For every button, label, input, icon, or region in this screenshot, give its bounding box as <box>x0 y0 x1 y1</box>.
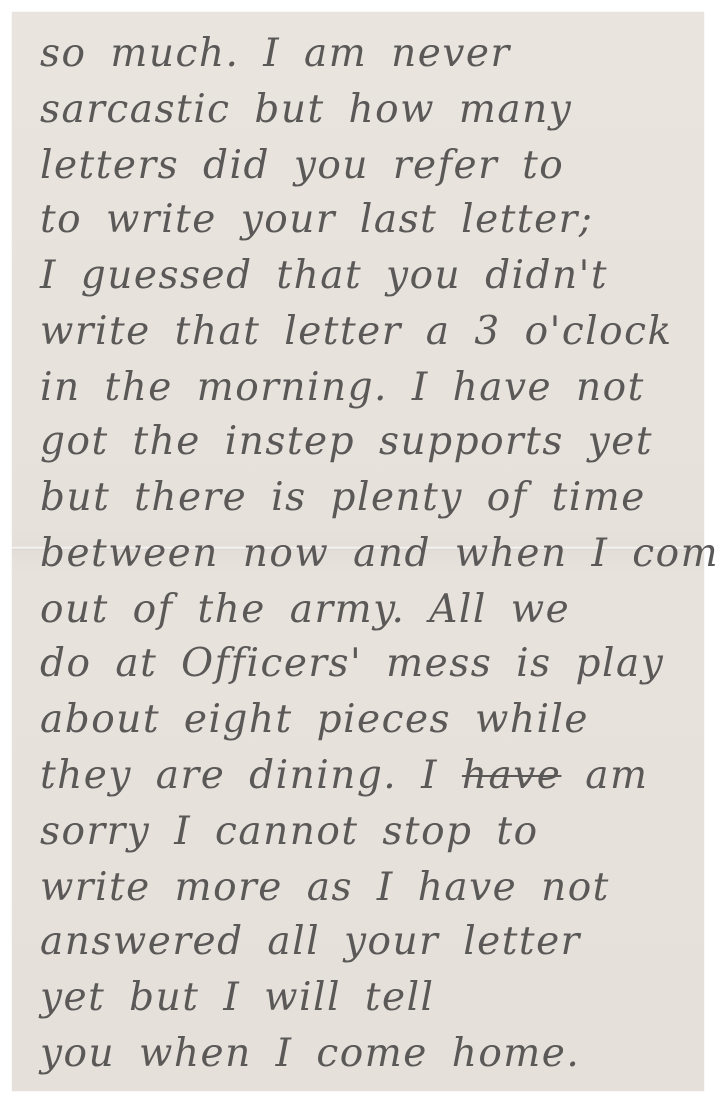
letter-line: you when I come home. <box>40 1034 580 1073</box>
letter-line: about eight pieces while <box>40 700 589 739</box>
letter-line-text: am <box>585 753 648 798</box>
letter-line: in the morning. I have not <box>40 368 645 407</box>
letter-line: between now and when I come <box>40 534 720 573</box>
letter-line: so much. I am never <box>40 34 511 73</box>
letter-line: but there is plenty of time <box>40 478 646 517</box>
letter-line: they are dining. I have am <box>40 756 649 795</box>
letter-line: out of the army. All we <box>40 590 570 629</box>
letter-text: so much. I am never sarcastic but how ma… <box>12 12 704 1091</box>
letter-page: so much. I am never sarcastic but how ma… <box>12 12 704 1091</box>
letter-line: write that letter a 3 o'clock <box>40 312 673 351</box>
letter-line-text: they are dining. I <box>40 753 438 798</box>
letter-line: I guessed that you didn't <box>40 256 608 295</box>
letter-line: sarcastic but how many <box>40 90 572 129</box>
letter-line: yet but I will tell <box>40 978 435 1017</box>
letter-line: sorry I cannot stop to <box>40 812 539 851</box>
letter-line: do at Officers' mess is play <box>40 644 664 683</box>
struck-word: have <box>462 753 561 798</box>
letter-line: answered all your letter <box>40 922 581 961</box>
letter-line: to write your last letter; <box>40 200 593 239</box>
letter-line: letters did you refer to <box>40 146 564 185</box>
letter-line: write more as I have not <box>40 868 610 907</box>
letter-line: got the instep supports yet <box>40 422 653 461</box>
